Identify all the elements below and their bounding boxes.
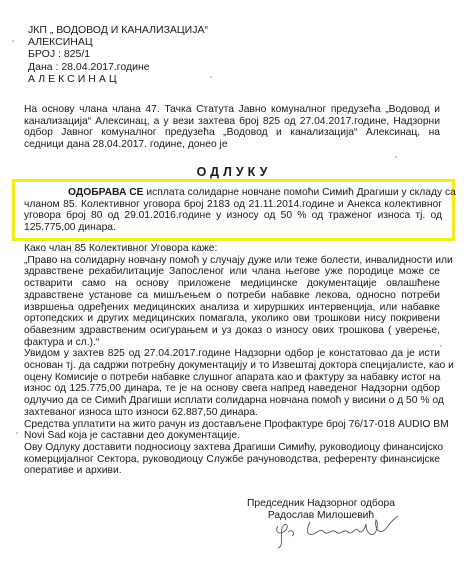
decision-line: уговора број 80 од 29.01.2016.године у и… <box>24 210 442 222</box>
decision-lead: ОДОБРАВА СЕ <box>68 187 144 198</box>
intro-line: На основу члана члана 47. Тачка Статута … <box>24 104 440 116</box>
body-line: оперативе и архиви. <box>24 465 440 477</box>
decision-lead-rest: исплата солидарне новчане помоћи Симић Д… <box>144 187 456 198</box>
body-paragraphs: Како члан 85 Колективног Уговора каже: „… <box>24 243 440 477</box>
scan-speck <box>16 432 18 434</box>
decision-line: ОДОБРАВА СЕ исплата солидарне новчане по… <box>24 187 442 199</box>
document-title: ОДЛУКУ <box>0 165 468 179</box>
body-line: извршења одређених медицинских анализа и… <box>24 302 440 314</box>
scan-speck <box>395 156 397 158</box>
body-line: Novi Sad која је саставни део документац… <box>24 430 440 442</box>
body-line: „Право на солидарну новчану помоћ у случ… <box>24 255 440 267</box>
body-line: Како члан 85 Колективног Уговора каже: <box>24 243 440 255</box>
body-line: одлучио да се Симић Драгиши исплати соли… <box>24 395 440 407</box>
decision-paragraph: ОДОБРАВА СЕ исплата солидарне новчане по… <box>24 187 442 234</box>
body-line: фактура и сл.).“ <box>24 337 440 349</box>
document-page: ЈКП „ ВОДОВОД И КАНАЛИЗАЦИЈА“ АЛЕКСИНАЦ … <box>0 0 468 561</box>
body-line: здравствене рехабилитације Запосленог ил… <box>24 266 440 278</box>
body-line: захтеваног износа што износи 62.887,50 д… <box>24 407 440 419</box>
scan-speck <box>440 345 442 347</box>
organization-name: ЈКП „ ВОДОВОД И КАНАЛИЗАЦИЈА“ <box>28 24 208 36</box>
intro-line: канализација“ Алексинац, а у вези захтев… <box>24 116 440 128</box>
body-line: Средства уплатити на жито рачун из доста… <box>24 419 440 431</box>
organization-city: АЛЕКСИНАЦ <box>28 36 208 48</box>
body-line: Ову Одлуку доставити подносиоцу захтева … <box>24 442 440 454</box>
handwritten-signature-icon <box>270 512 400 552</box>
document-date: Дана : 28.04.2017.године <box>28 61 208 73</box>
body-line: обавезним здравственим осигурањем и уз д… <box>24 325 440 337</box>
body-line: ортопедских и других медицинских помагал… <box>24 313 440 325</box>
intro-paragraph: На основу члана члана 47. Тачка Статута … <box>24 104 440 151</box>
document-number: БРОЈ : 825/1 <box>28 48 208 60</box>
body-line: основан тј. да садржи потребну документа… <box>24 360 440 372</box>
body-line: остварити само на основу приложене медиц… <box>24 278 440 290</box>
body-line: здравствене установе са мишљењем о потре… <box>24 290 440 302</box>
document-place: АЛЕКСИНАЦ <box>28 73 208 85</box>
body-line: комерцијалног Сектора, руководиоцу Служб… <box>24 454 440 466</box>
body-line: оцену Комисије о потреби набавке слушног… <box>24 372 440 384</box>
intro-line: седници дана 28.04.2017. године, донео ј… <box>24 139 440 151</box>
decision-line: чланом 85. Колективног уговора број 2183… <box>24 199 442 211</box>
document-header: ЈКП „ ВОДОВОД И КАНАЛИЗАЦИЈА“ АЛЕКСИНАЦ … <box>28 24 208 85</box>
scan-speck <box>210 76 212 78</box>
signatory-title: Председник Надзорног одбора <box>246 498 396 510</box>
scan-speck <box>12 40 14 42</box>
body-line: Увидом у захтев 825 од 27.04.2017.године… <box>24 348 440 360</box>
decision-line: 125.775,00 динара. <box>24 222 442 234</box>
body-line: износ од 125.775,00 динара, те је на осн… <box>24 383 440 395</box>
intro-line: одбор Јавног комуналног предузећа „Водов… <box>24 127 440 139</box>
